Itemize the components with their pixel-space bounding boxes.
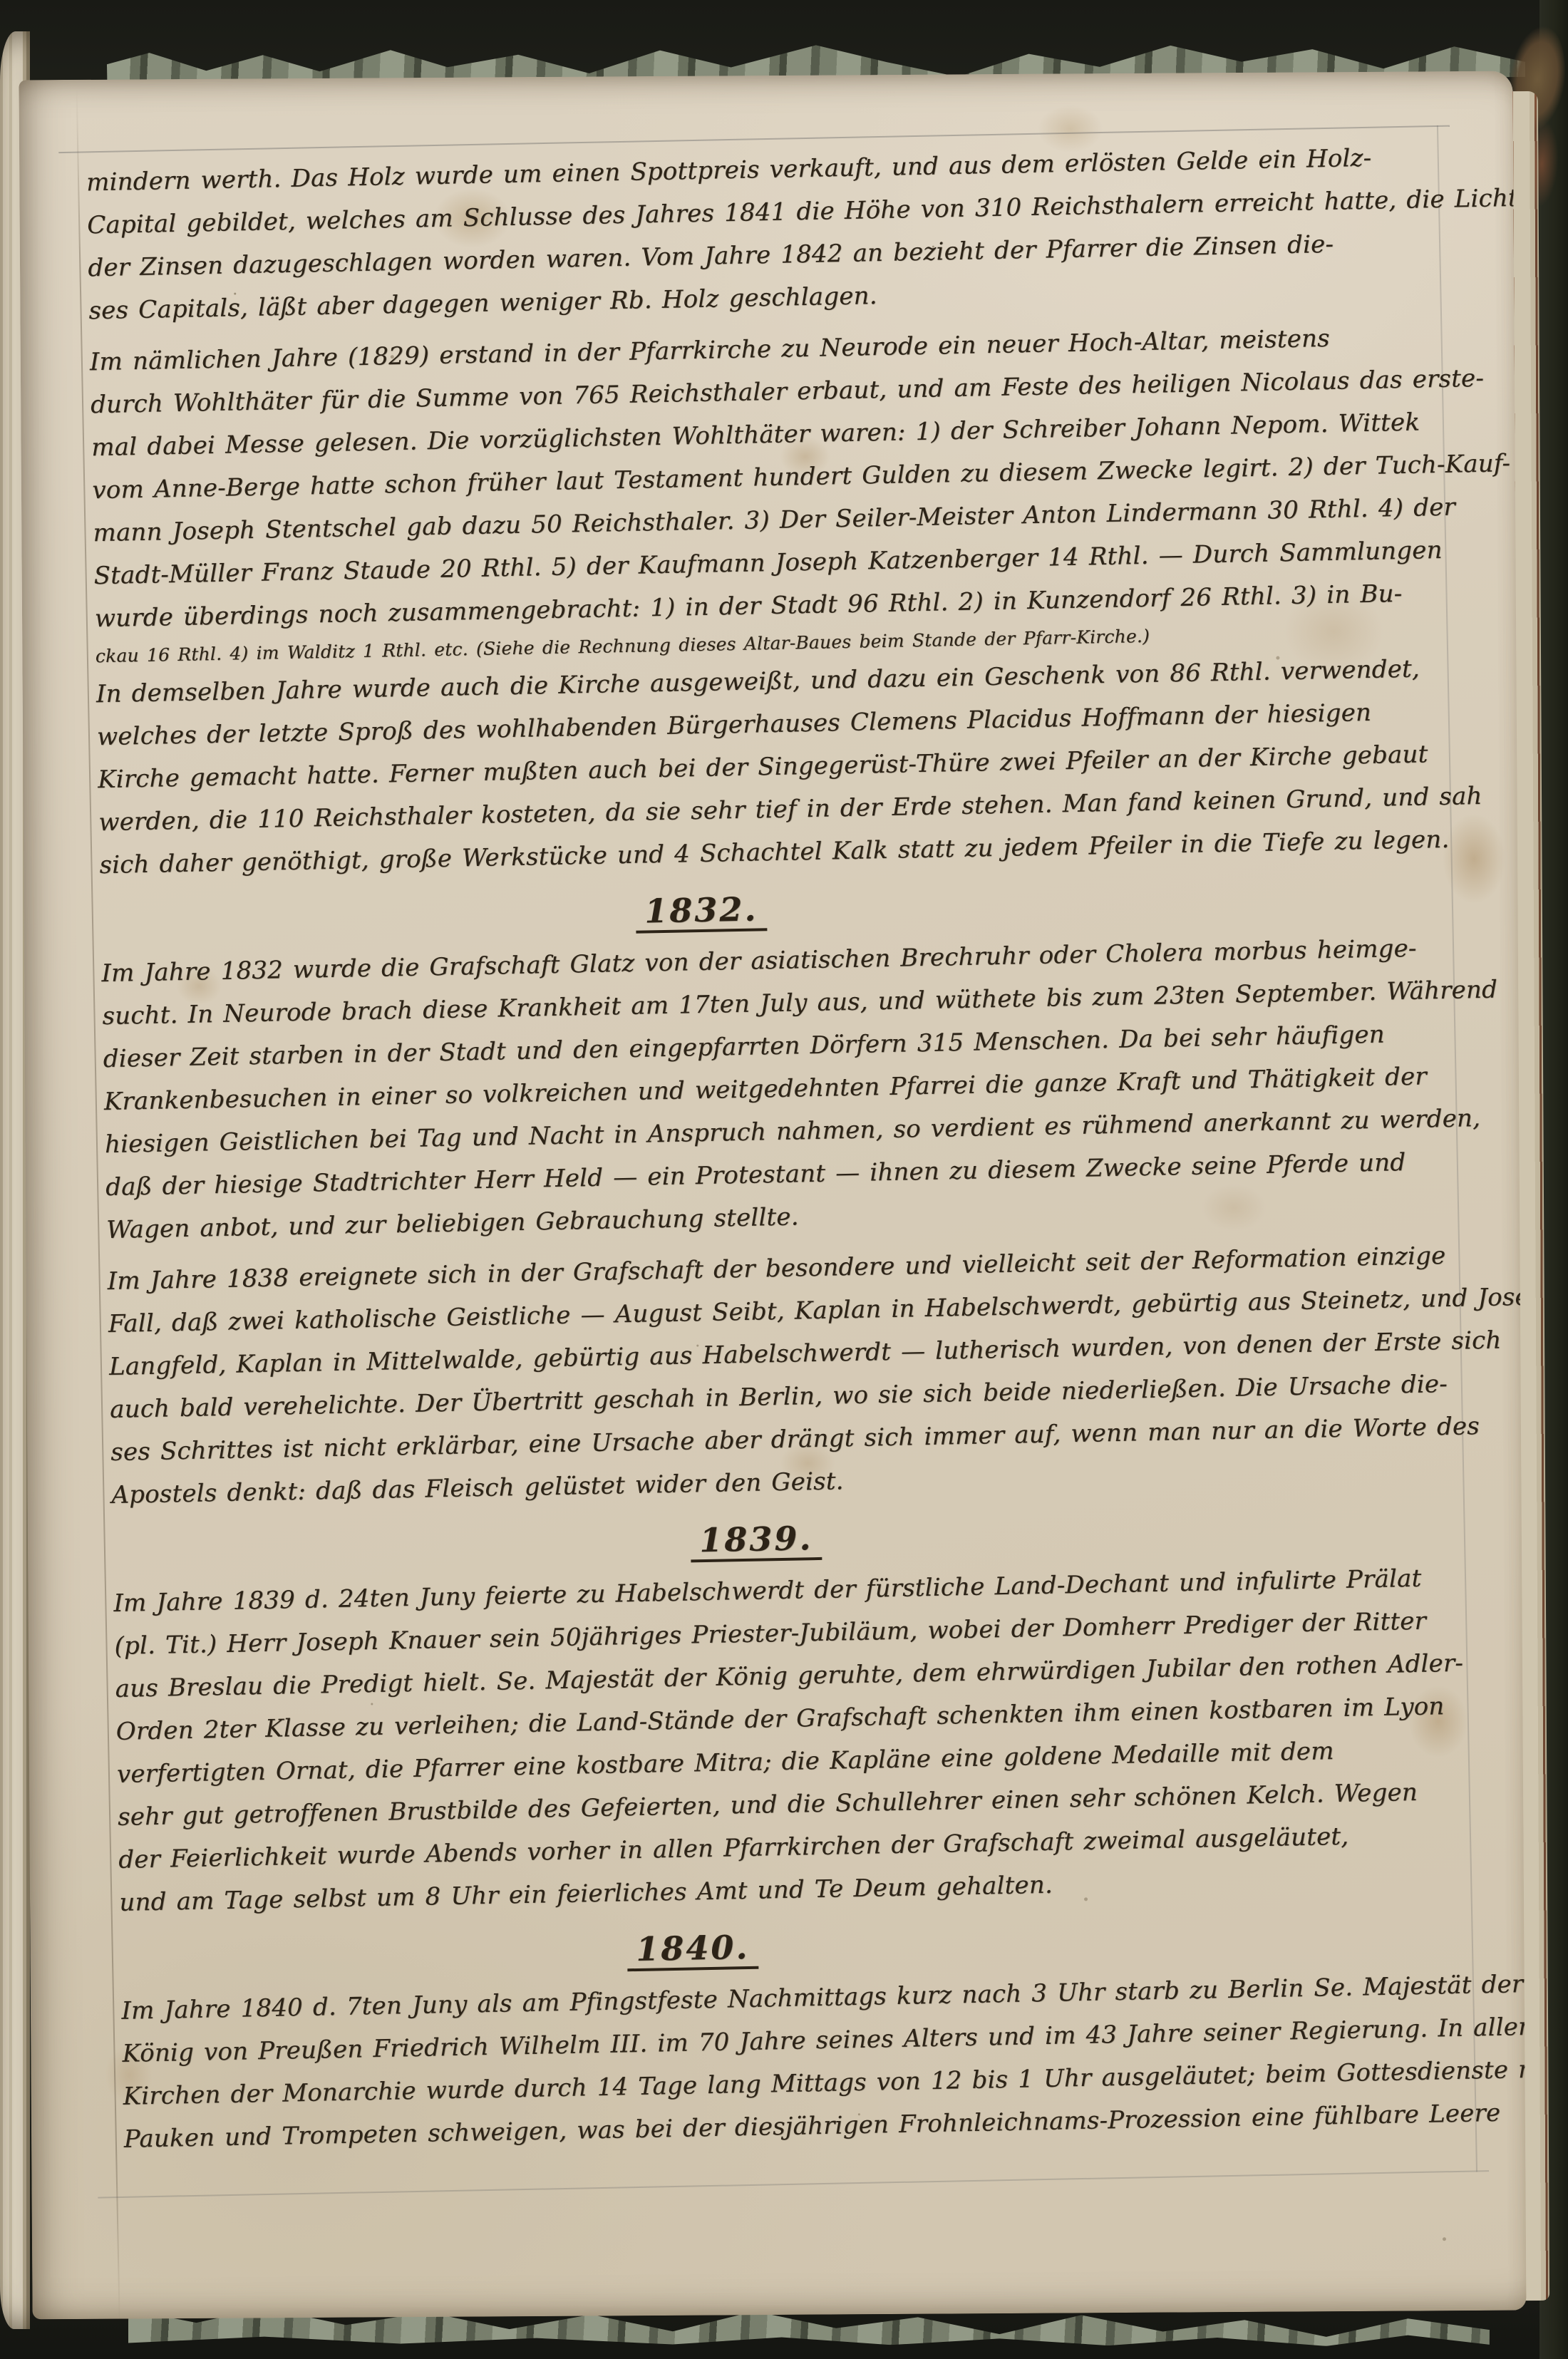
paragraph-wood-capital: mindern werth. Das Holz wurde um einen S… [86,135,1448,333]
paragraph-1838-conversion: Im Jahre 1838 ereignete sich in der Graf… [107,1234,1470,1517]
pencil-rule-bottom [98,2170,1489,2198]
handwriting-layer: mindern werth. Das Holz wurde um einen S… [19,71,1527,2320]
manuscript-text: mindern werth. Das Holz wurde um einen S… [86,135,1483,2161]
year-heading-text: 1840. [627,1931,758,1972]
paragraph-1839-jubilee: Im Jahre 1839 d. 24ten Juny feierte zu H… [113,1556,1478,1924]
paragraph-1840-kings-death: Im Jahre 1840 d. 7ten Juny als am Pfings… [121,1963,1482,2161]
year-heading-text: 1839. [691,1522,822,1563]
book-scan: { "page": { "colors": { "ink": "#2c2317"… [0,0,1568,2359]
paragraph-1832-cholera: Im Jahre 1832 wurde die Grafschaft Glatz… [101,926,1465,1252]
manuscript-page: mindern werth. Das Holz wurde um einen S… [19,71,1526,2320]
paragraph-1829-altar: Im nämlichen Jahre (1829) erstand in der… [89,315,1458,887]
year-heading-text: 1832. [636,892,767,934]
